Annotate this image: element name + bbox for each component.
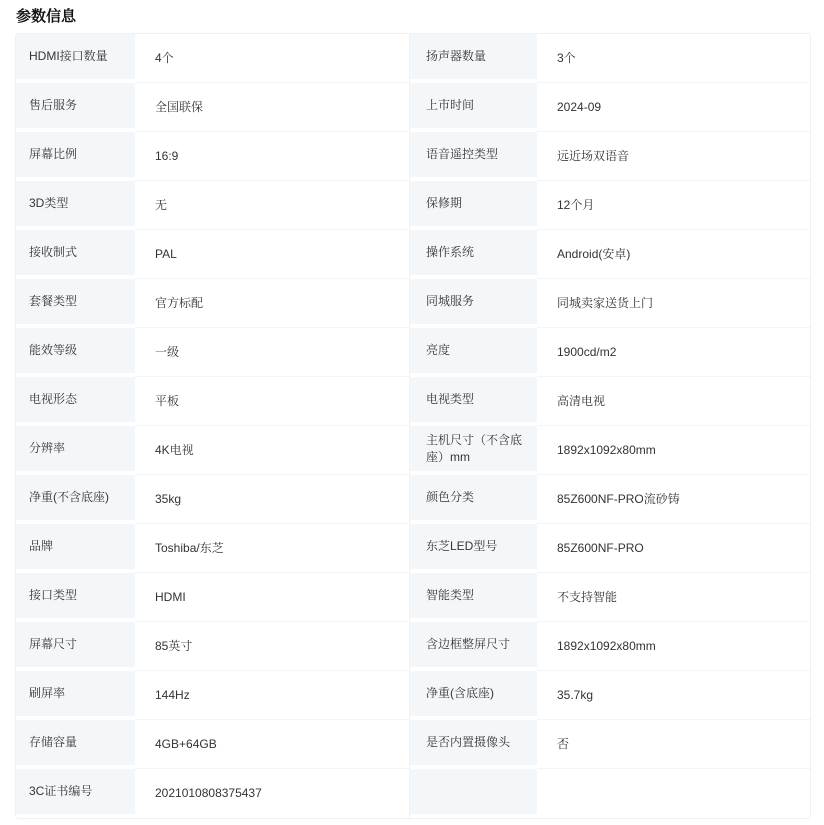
table-row-right-pair: 操作系统 Android(安卓) <box>409 230 810 279</box>
table-row: 售后服务 全国联保 上市时间 2024-09 <box>16 83 810 132</box>
spec-value: 远近场双语音 <box>537 132 810 181</box>
table-row: 品牌 Toshiba/东芝 东芝LED型号 85Z600NF-PRO <box>16 524 810 573</box>
table-row-left-pair: 存储容量 4GB+64GB <box>16 720 409 769</box>
table-row: 屏幕尺寸 85英寸 含边框整屏尺寸 1892x1092x80mm <box>16 622 810 671</box>
spec-label: 3D类型 <box>16 181 135 230</box>
table-row-right-pair: 是否内置摄像头 否 <box>409 720 810 769</box>
table-row: 套餐类型 官方标配 同城服务 同城卖家送货上门 <box>16 279 810 328</box>
spec-label: 颜色分类 <box>410 475 537 524</box>
spec-label <box>410 769 537 818</box>
spec-label: 存储容量 <box>16 720 135 769</box>
spec-label: 能效等级 <box>16 328 135 377</box>
spec-label: 语音遥控类型 <box>410 132 537 181</box>
table-row: 屏幕比例 16:9 语音遥控类型 远近场双语音 <box>16 132 810 181</box>
table-row-left-pair: 屏幕尺寸 85英寸 <box>16 622 409 671</box>
spec-value: 16:9 <box>135 132 409 181</box>
spec-value: 平板 <box>135 377 409 426</box>
table-row-left-pair: 刷屏率 144Hz <box>16 671 409 720</box>
spec-label: 屏幕比例 <box>16 132 135 181</box>
table-row-right-pair: 东芝LED型号 85Z600NF-PRO <box>409 524 810 573</box>
spec-value: 不支持智能 <box>537 573 810 622</box>
spec-label: 保修期 <box>410 181 537 230</box>
spec-value: 35kg <box>135 475 409 524</box>
spec-label: 屏幕尺寸 <box>16 622 135 671</box>
table-row: 净重(不含底座) 35kg 颜色分类 85Z600NF-PRO流砂铸 <box>16 475 810 524</box>
spec-label: 售后服务 <box>16 83 135 132</box>
page-title: 参数信息 <box>16 8 824 26</box>
spec-label: 操作系统 <box>410 230 537 279</box>
spec-value: HDMI <box>135 573 409 622</box>
table-row-left-pair: 接口类型 HDMI <box>16 573 409 622</box>
table-row-right-pair: 智能类型 不支持智能 <box>409 573 810 622</box>
spec-value: 1900cd/m2 <box>537 328 810 377</box>
spec-value: 85Z600NF-PRO流砂铸 <box>537 475 810 524</box>
spec-value <box>537 769 810 818</box>
table-row: 接收制式 PAL 操作系统 Android(安卓) <box>16 230 810 279</box>
table-row-right-pair: 电视类型 高清电视 <box>409 377 810 426</box>
table-row-left-pair: 3D类型 无 <box>16 181 409 230</box>
spec-value: 144Hz <box>135 671 409 720</box>
table-row-right-pair: 颜色分类 85Z600NF-PRO流砂铸 <box>409 475 810 524</box>
table-row-right-pair: 同城服务 同城卖家送货上门 <box>409 279 810 328</box>
table-row: 分辨率 4K电视 主机尺寸（不含底座）mm 1892x1092x80mm <box>16 426 810 475</box>
table-row-left-pair: 接收制式 PAL <box>16 230 409 279</box>
table-row-right-pair: 亮度 1900cd/m2 <box>409 328 810 377</box>
table-row: HDMI接口数量 4个 扬声器数量 3个 <box>16 34 810 83</box>
table-row-right-pair: 扬声器数量 3个 <box>409 34 810 83</box>
spec-value: 12个月 <box>537 181 810 230</box>
table-row-right-pair: 含边框整屏尺寸 1892x1092x80mm <box>409 622 810 671</box>
table-row-left-pair: 3C证书编号 2021010808375437 <box>16 769 409 818</box>
spec-value: 否 <box>537 720 810 769</box>
spec-value: 1892x1092x80mm <box>537 622 810 671</box>
spec-label: HDMI接口数量 <box>16 34 135 83</box>
spec-value: 全国联保 <box>135 83 409 132</box>
table-row-right-pair: 保修期 12个月 <box>409 181 810 230</box>
table-row: 接口类型 HDMI 智能类型 不支持智能 <box>16 573 810 622</box>
table-row: 电视形态 平板 电视类型 高清电视 <box>16 377 810 426</box>
spec-label: 含边框整屏尺寸 <box>410 622 537 671</box>
spec-label: 接口类型 <box>16 573 135 622</box>
spec-value: 一级 <box>135 328 409 377</box>
spec-value: 2021010808375437 <box>135 769 409 818</box>
spec-table: HDMI接口数量 4个 扬声器数量 3个 售后服务 全国联保 上市时间 2024… <box>15 33 811 819</box>
spec-label: 电视形态 <box>16 377 135 426</box>
spec-value: 官方标配 <box>135 279 409 328</box>
spec-label: 同城服务 <box>410 279 537 328</box>
table-row-right-pair: 净重(含底座) 35.7kg <box>409 671 810 720</box>
spec-label: 刷屏率 <box>16 671 135 720</box>
spec-value: 35.7kg <box>537 671 810 720</box>
table-row: 刷屏率 144Hz 净重(含底座) 35.7kg <box>16 671 810 720</box>
spec-label: 套餐类型 <box>16 279 135 328</box>
spec-label: 净重(含底座) <box>410 671 537 720</box>
spec-label: 智能类型 <box>410 573 537 622</box>
table-row: 能效等级 一级 亮度 1900cd/m2 <box>16 328 810 377</box>
spec-value: 4K电视 <box>135 426 409 475</box>
spec-label: 分辨率 <box>16 426 135 475</box>
spec-label: 接收制式 <box>16 230 135 279</box>
spec-value: Android(安卓) <box>537 230 810 279</box>
spec-value: 85英寸 <box>135 622 409 671</box>
spec-value: 85Z600NF-PRO <box>537 524 810 573</box>
table-row-right-pair: 语音遥控类型 远近场双语音 <box>409 132 810 181</box>
table-row-left-pair: 品牌 Toshiba/东芝 <box>16 524 409 573</box>
spec-value: 4个 <box>135 34 409 83</box>
spec-table-rows: HDMI接口数量 4个 扬声器数量 3个 售后服务 全国联保 上市时间 2024… <box>16 34 810 818</box>
table-row: 3C证书编号 2021010808375437 <box>16 769 810 818</box>
table-row-left-pair: 能效等级 一级 <box>16 328 409 377</box>
spec-label: 东芝LED型号 <box>410 524 537 573</box>
spec-value: PAL <box>135 230 409 279</box>
table-row-left-pair: 净重(不含底座) 35kg <box>16 475 409 524</box>
spec-label: 净重(不含底座) <box>16 475 135 524</box>
spec-label: 品牌 <box>16 524 135 573</box>
spec-value: 高清电视 <box>537 377 810 426</box>
table-row-right-pair <box>409 769 810 818</box>
spec-value: 无 <box>135 181 409 230</box>
table-row: 存储容量 4GB+64GB 是否内置摄像头 否 <box>16 720 810 769</box>
table-row-left-pair: 售后服务 全国联保 <box>16 83 409 132</box>
spec-value: 1892x1092x80mm <box>537 426 810 475</box>
table-row: 3D类型 无 保修期 12个月 <box>16 181 810 230</box>
table-row-right-pair: 上市时间 2024-09 <box>409 83 810 132</box>
spec-label: 扬声器数量 <box>410 34 537 83</box>
table-row-left-pair: 电视形态 平板 <box>16 377 409 426</box>
spec-label: 电视类型 <box>410 377 537 426</box>
table-row-left-pair: 套餐类型 官方标配 <box>16 279 409 328</box>
spec-value: 2024-09 <box>537 83 810 132</box>
table-row-right-pair: 主机尺寸（不含底座）mm 1892x1092x80mm <box>409 426 810 475</box>
table-row-left-pair: HDMI接口数量 4个 <box>16 34 409 83</box>
table-row-left-pair: 屏幕比例 16:9 <box>16 132 409 181</box>
table-row-left-pair: 分辨率 4K电视 <box>16 426 409 475</box>
spec-value: 4GB+64GB <box>135 720 409 769</box>
spec-label: 3C证书编号 <box>16 769 135 818</box>
spec-value: 3个 <box>537 34 810 83</box>
spec-label: 主机尺寸（不含底座）mm <box>410 426 537 475</box>
spec-value: 同城卖家送货上门 <box>537 279 810 328</box>
spec-label: 亮度 <box>410 328 537 377</box>
spec-value: Toshiba/东芝 <box>135 524 409 573</box>
spec-label: 上市时间 <box>410 83 537 132</box>
spec-label: 是否内置摄像头 <box>410 720 537 769</box>
